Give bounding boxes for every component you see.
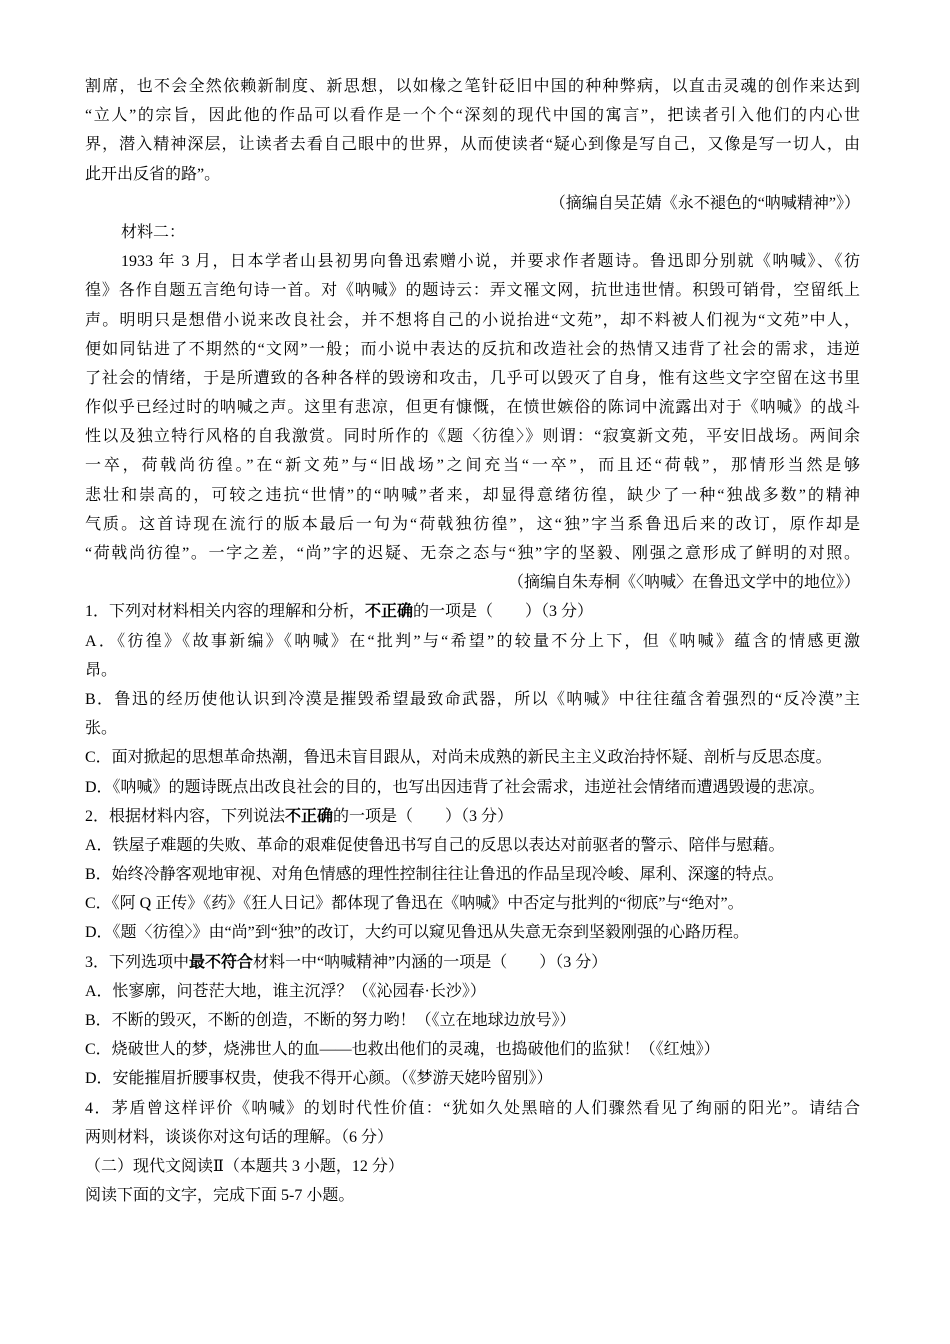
text-line: C．《阿 Q 正传》《药》《狂人日记》都体现了鲁迅在《呐喊》中否定与批判的“彻底… xyxy=(85,889,860,918)
text-segment: 昂。 xyxy=(85,662,117,679)
text-segment: 4．茅盾曾这样评价《呐喊》的划时代性价值：“犹如久处黑暗的人们骤然看见了绚丽的阳… xyxy=(85,1100,860,1117)
text-segment: D．安能摧眉折腰事权贵，使我不得开心颜。（《梦游天姥吟留别》） xyxy=(85,1070,553,1087)
text-line: D．《呐喊》的题诗既点出改良社会的目的，也写出因违背了社会需求，违逆社会情绪而遭… xyxy=(85,773,860,802)
emphasis-bold-text: 不正确 xyxy=(365,603,413,620)
text-line: 材料二： xyxy=(85,218,860,247)
text-line: “荷戟尚彷徨”。一字之差，“尚”字的迟疑、无奈之态与“独”字的坚毅、刚强之意形成… xyxy=(85,539,860,568)
text-segment: 材料二： xyxy=(121,224,185,241)
text-line: 便如同钻进了不期然的“文网”一般；而小说中表达的反抗和改造社会的热情又违背了社会… xyxy=(85,335,860,364)
text-segment: B．不断的毁灭，不断的创造，不断的努力哟！（《立在地球边放号》） xyxy=(85,1012,576,1029)
text-line: （摘编自朱寿桐《〈呐喊〉在鲁迅文学中的地位》） xyxy=(85,568,860,597)
text-segment: C．《阿 Q 正传》《药》《狂人日记》都体现了鲁迅在《呐喊》中否定与批判的“彻底… xyxy=(85,895,744,912)
text-line: 昂。 xyxy=(85,656,860,685)
text-line: 一卒，荷戟尚彷徨。”在“新文苑”与“旧战场”之间充当“一卒”，而且还“荷戟”，那… xyxy=(85,451,860,480)
text-segment: C．烧破世人的梦，烧沸世人的血——也救出他们的灵魂，也捣破他们的监狱！（《红烛》… xyxy=(85,1041,720,1058)
text-line: C．面对掀起的思想革命热潮，鲁迅未盲目跟从，对尚未成熟的新民主主义政治持怀疑、剖… xyxy=(85,743,860,772)
text-line: 气质。这首诗现在流行的版本最后一句为“荷戟独彷徨”，这“独”字当系鲁迅后来的改订… xyxy=(85,510,860,539)
text-line: 徨》各作自题五言绝句诗一首。对《呐喊》的题诗云：弄文罹文网，抗世违世情。积毁可销… xyxy=(85,276,860,305)
text-segment: 一卒，荷戟尚彷徨。”在“新文苑”与“旧战场”之间充当“一卒”，而且还“荷戟”，那… xyxy=(85,457,860,474)
text-line: 界，潜入精神深层，让读者去看自己眼中的世界，从而使读者“疑心到像是写自己，又像是… xyxy=(85,130,860,159)
text-line: D．《题〈彷徨〉》由“尚”到“独”的改订，大约可以窥见鲁迅从失意无奈到坚毅刚强的… xyxy=(85,918,860,947)
text-segment: 的一项是（ ）（3 分） xyxy=(413,603,593,620)
text-line: 此开出反省的路”。 xyxy=(85,160,860,189)
text-segment: 割席，也不会全然依赖新制度、新思想，以如椽之笔针砭旧中国的种种弊病，以直击灵魂的… xyxy=(85,78,860,95)
emphasis-bold-text: 不正确 xyxy=(285,808,333,825)
text-line: A．铁屋子难题的失败、革命的艰难促使鲁迅书写自己的反思以表达对前驱者的警示、陪伴… xyxy=(85,831,860,860)
text-segment: “荷戟尚彷徨”。一字之差，“尚”字的迟疑、无奈之态与“独”字的坚毅、刚强之意形成… xyxy=(85,545,860,562)
text-segment: 声。明明只是想借小说来改良社会，并不想将自己的小说抬进“文苑”，却不料被人们视为… xyxy=(85,312,860,329)
text-line: 声。明明只是想借小说来改良社会，并不想将自己的小说抬进“文苑”，却不料被人们视为… xyxy=(85,306,860,335)
text-line: B．不断的毁灭，不断的创造，不断的努力哟！（《立在地球边放号》） xyxy=(85,1006,860,1035)
text-line: 张。 xyxy=(85,714,860,743)
text-line: 两则材料，谈谈你对这句话的理解。（6 分） xyxy=(85,1123,860,1152)
text-line: 割席，也不会全然依赖新制度、新思想，以如椽之笔针砭旧中国的种种弊病，以直击灵魂的… xyxy=(85,72,860,101)
text-segment: 此开出反省的路”。 xyxy=(85,166,220,183)
text-segment: B．鲁迅的经历使他认识到冷漠是摧毁希望最致命武器，所以《呐喊》中往往蕴含着强烈的… xyxy=(85,691,860,708)
text-segment: A．铁屋子难题的失败、革命的艰难促使鲁迅书写自己的反思以表达对前驱者的警示、陪伴… xyxy=(85,837,785,854)
text-segment: 悲壮和崇高的，可较之违抗“世情”的“呐喊”者来，却显得意绪彷徨，缺少了一种“独战… xyxy=(85,487,860,504)
text-segment: D．《呐喊》的题诗既点出改良社会的目的，也写出因违背了社会需求，违逆社会情绪而遭… xyxy=(85,779,825,796)
text-segment: 2．根据材料内容，下列说法 xyxy=(85,808,285,825)
text-segment: （摘编自朱寿桐《〈呐喊〉在鲁迅文学中的地位》） xyxy=(508,574,860,591)
text-line: 了社会的情绪，于是所遭致的各种各样的毁谤和攻击，几乎可以毁灭了自身，惟有这些文字… xyxy=(85,364,860,393)
text-segment: （二）现代文阅读Ⅱ（本题共 3 小题，12 分） xyxy=(85,1158,404,1175)
text-line: （二）现代文阅读Ⅱ（本题共 3 小题，12 分） xyxy=(85,1152,860,1181)
text-segment: 了社会的情绪，于是所遭致的各种各样的毁谤和攻击，几乎可以毁灭了自身，惟有这些文字… xyxy=(85,370,860,387)
text-segment: 材料一中“呐喊精神”内涵的一项是（ ）（3 分） xyxy=(253,954,607,971)
text-line: C．烧破世人的梦，烧沸世人的血——也救出他们的灵魂，也捣破他们的监狱！（《红烛》… xyxy=(85,1035,860,1064)
text-segment: A．《彷徨》《故事新编》《呐喊》在“批判”与“希望”的较量不分上下，但《呐喊》蕴… xyxy=(85,633,860,650)
text-segment: 1933 年 3 月，日本学者山县初男向鲁迅索赠小说，并要求作者题诗。鲁迅即分别… xyxy=(121,253,860,270)
text-segment: 便如同钻进了不期然的“文网”一般；而小说中表达的反抗和改造社会的热情又违背了社会… xyxy=(85,341,860,358)
text-segment: 界，潜入精神深层，让读者去看自己眼中的世界，从而使读者“疑心到像是写自己，又像是… xyxy=(85,136,860,153)
exam-page: 割席，也不会全然依赖新制度、新思想，以如椽之笔针砭旧中国的种种弊病，以直击灵魂的… xyxy=(0,0,950,1344)
text-segment: （摘编自吴芷婧《永不褪色的“呐喊精神”》） xyxy=(550,195,860,212)
text-segment: D．《题〈彷徨〉》由“尚”到“独”的改订，大约可以窥见鲁迅从失意无奈到坚毅刚强的… xyxy=(85,924,749,941)
text-line: 阅读下面的文字，完成下面 5-7 小题。 xyxy=(85,1181,860,1210)
text-line: “立人”的宗旨，因此他的作品可以看作是一个个“深刻的现代中国的寓言”，把读者引入… xyxy=(85,101,860,130)
text-line: A．怅寥廓，问苍茫大地，谁主沉浮？（《沁园春·长沙》） xyxy=(85,977,860,1006)
text-segment: 两则材料，谈谈你对这句话的理解。（6 分） xyxy=(85,1129,393,1146)
text-segment: 张。 xyxy=(85,720,117,737)
text-line: A．《彷徨》《故事新编》《呐喊》在“批判”与“希望”的较量不分上下，但《呐喊》蕴… xyxy=(85,627,860,656)
text-line: D．安能摧眉折腰事权贵，使我不得开心颜。（《梦游天姥吟留别》） xyxy=(85,1064,860,1093)
text-segment: 1．下列对材料相关内容的理解和分析， xyxy=(85,603,365,620)
text-segment: “立人”的宗旨，因此他的作品可以看作是一个个“深刻的现代中国的寓言”，把读者引入… xyxy=(85,107,860,124)
text-segment: 阅读下面的文字，完成下面 5-7 小题。 xyxy=(85,1187,354,1204)
text-line: 性以及独立特行风格的自我激赏。同时所作的《题〈彷徨〉》则谓：“寂寞新文苑，平安旧… xyxy=(85,422,860,451)
text-segment: 的一项是（ ）（3 分） xyxy=(333,808,513,825)
text-line: 3．下列选项中最不符合材料一中“呐喊精神”内涵的一项是（ ）（3 分） xyxy=(85,948,860,977)
text-line: 作似乎已经过时的呐喊之声。这里有悲凉，但更有慷慨，在愤世嫉俗的陈词中流露出对于《… xyxy=(85,393,860,422)
text-line: 1．下列对材料相关内容的理解和分析，不正确的一项是（ ）（3 分） xyxy=(85,597,860,626)
text-segment: A．怅寥廓，问苍茫大地，谁主沉浮？（《沁园春·长沙》） xyxy=(85,983,486,1000)
text-segment: B．始终冷静客观地审视、对角色情感的理性控制往往让鲁迅的作品呈现冷峻、犀利、深邃… xyxy=(85,866,784,883)
text-line: 悲壮和崇高的，可较之违抗“世情”的“呐喊”者来，却显得意绪彷徨，缺少了一种“独战… xyxy=(85,481,860,510)
text-segment: 性以及独立特行风格的自我激赏。同时所作的《题〈彷徨〉》则谓：“寂寞新文苑，平安旧… xyxy=(85,428,860,445)
text-segment: 作似乎已经过时的呐喊之声。这里有悲凉，但更有慷慨，在愤世嫉俗的陈词中流露出对于《… xyxy=(85,399,860,416)
text-segment: 3．下列选项中 xyxy=(85,954,189,971)
emphasis-bold-text: 最不符合 xyxy=(189,954,253,971)
text-line: B．鲁迅的经历使他认识到冷漠是摧毁希望最致命武器，所以《呐喊》中往往蕴含着强烈的… xyxy=(85,685,860,714)
text-line: B．始终冷静客观地审视、对角色情感的理性控制往往让鲁迅的作品呈现冷峻、犀利、深邃… xyxy=(85,860,860,889)
text-line: 4．茅盾曾这样评价《呐喊》的划时代性价值：“犹如久处黑暗的人们骤然看见了绚丽的阳… xyxy=(85,1094,860,1123)
text-line: 1933 年 3 月，日本学者山县初男向鲁迅索赠小说，并要求作者题诗。鲁迅即分别… xyxy=(85,247,860,276)
text-segment: 徨》各作自题五言绝句诗一首。对《呐喊》的题诗云：弄文罹文网，抗世违世情。积毁可销… xyxy=(85,282,860,299)
text-segment: C．面对掀起的思想革命热潮，鲁迅未盲目跟从，对尚未成熟的新民主主义政治持怀疑、剖… xyxy=(85,749,832,766)
document-body: 割席，也不会全然依赖新制度、新思想，以如椽之笔针砭旧中国的种种弊病，以直击灵魂的… xyxy=(85,72,860,1210)
text-line: 2．根据材料内容，下列说法不正确的一项是（ ）（3 分） xyxy=(85,802,860,831)
text-segment: 气质。这首诗现在流行的版本最后一句为“荷戟独彷徨”，这“独”字当系鲁迅后来的改订… xyxy=(85,516,860,533)
text-line: （摘编自吴芷婧《永不褪色的“呐喊精神”》） xyxy=(85,189,860,218)
